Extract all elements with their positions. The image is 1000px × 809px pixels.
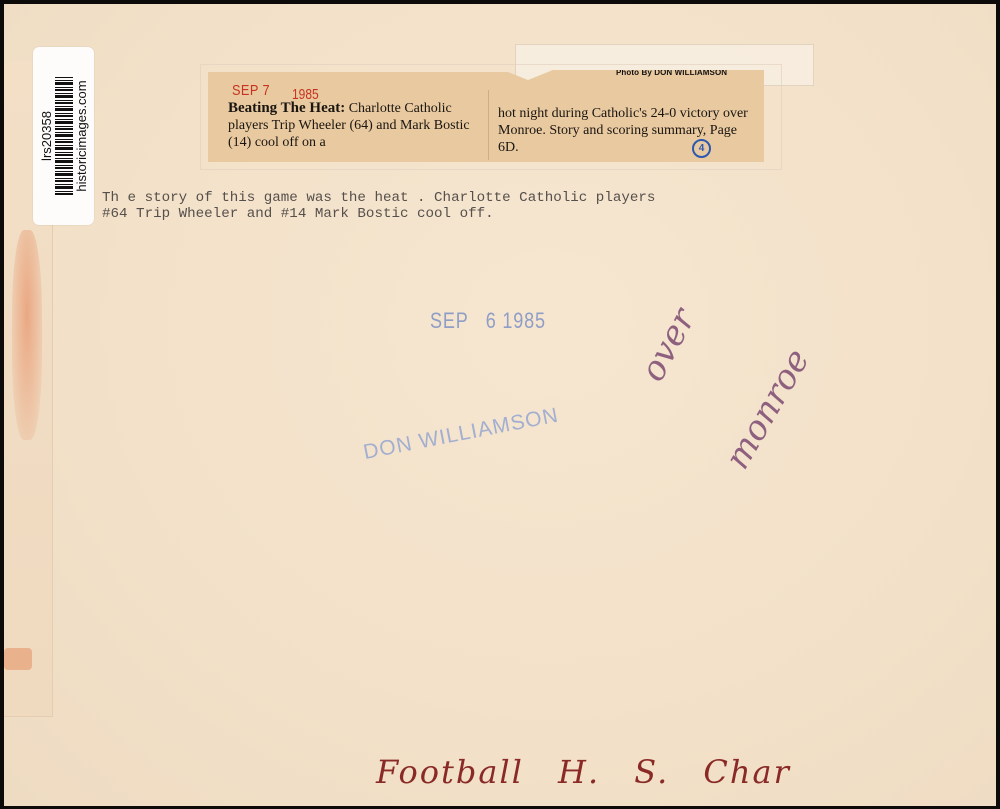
- archive-site: historicimages.com: [74, 80, 88, 191]
- newspaper-clipping: Photo By DON WILLIAMSON SEP 7 1985 Beati…: [208, 70, 764, 162]
- archive-label: lrs20358 historicimages.com: [33, 47, 94, 225]
- stain: [12, 230, 42, 440]
- typed-line-2: #64 Trip Wheeler and #14 Mark Bostic coo…: [102, 206, 782, 222]
- received-date-stamp: SEP 6 1985: [430, 308, 546, 334]
- stain: [4, 648, 32, 670]
- handwritten-category: Football H. S. Char: [376, 753, 791, 791]
- circled-number-mark: 4: [692, 139, 711, 158]
- typed-line-1: Th e story of this game was the heat . C…: [102, 190, 782, 206]
- clipping-column-1: Beating The Heat: Charlotte Catholic pla…: [228, 100, 488, 151]
- clipping-column-2: hot night during Catholic's 24-0 victory…: [498, 105, 760, 156]
- clipping-date-stamp: SEP 7: [232, 82, 270, 99]
- archive-id: lrs20358: [39, 111, 53, 161]
- clipping-headline: Beating The Heat:: [228, 100, 345, 116]
- column-divider: [488, 90, 489, 160]
- received-date-text: SEP 6 1985: [430, 308, 546, 334]
- barcode-icon: [54, 77, 72, 195]
- typed-caption: Th e story of this game was the heat . C…: [102, 190, 782, 222]
